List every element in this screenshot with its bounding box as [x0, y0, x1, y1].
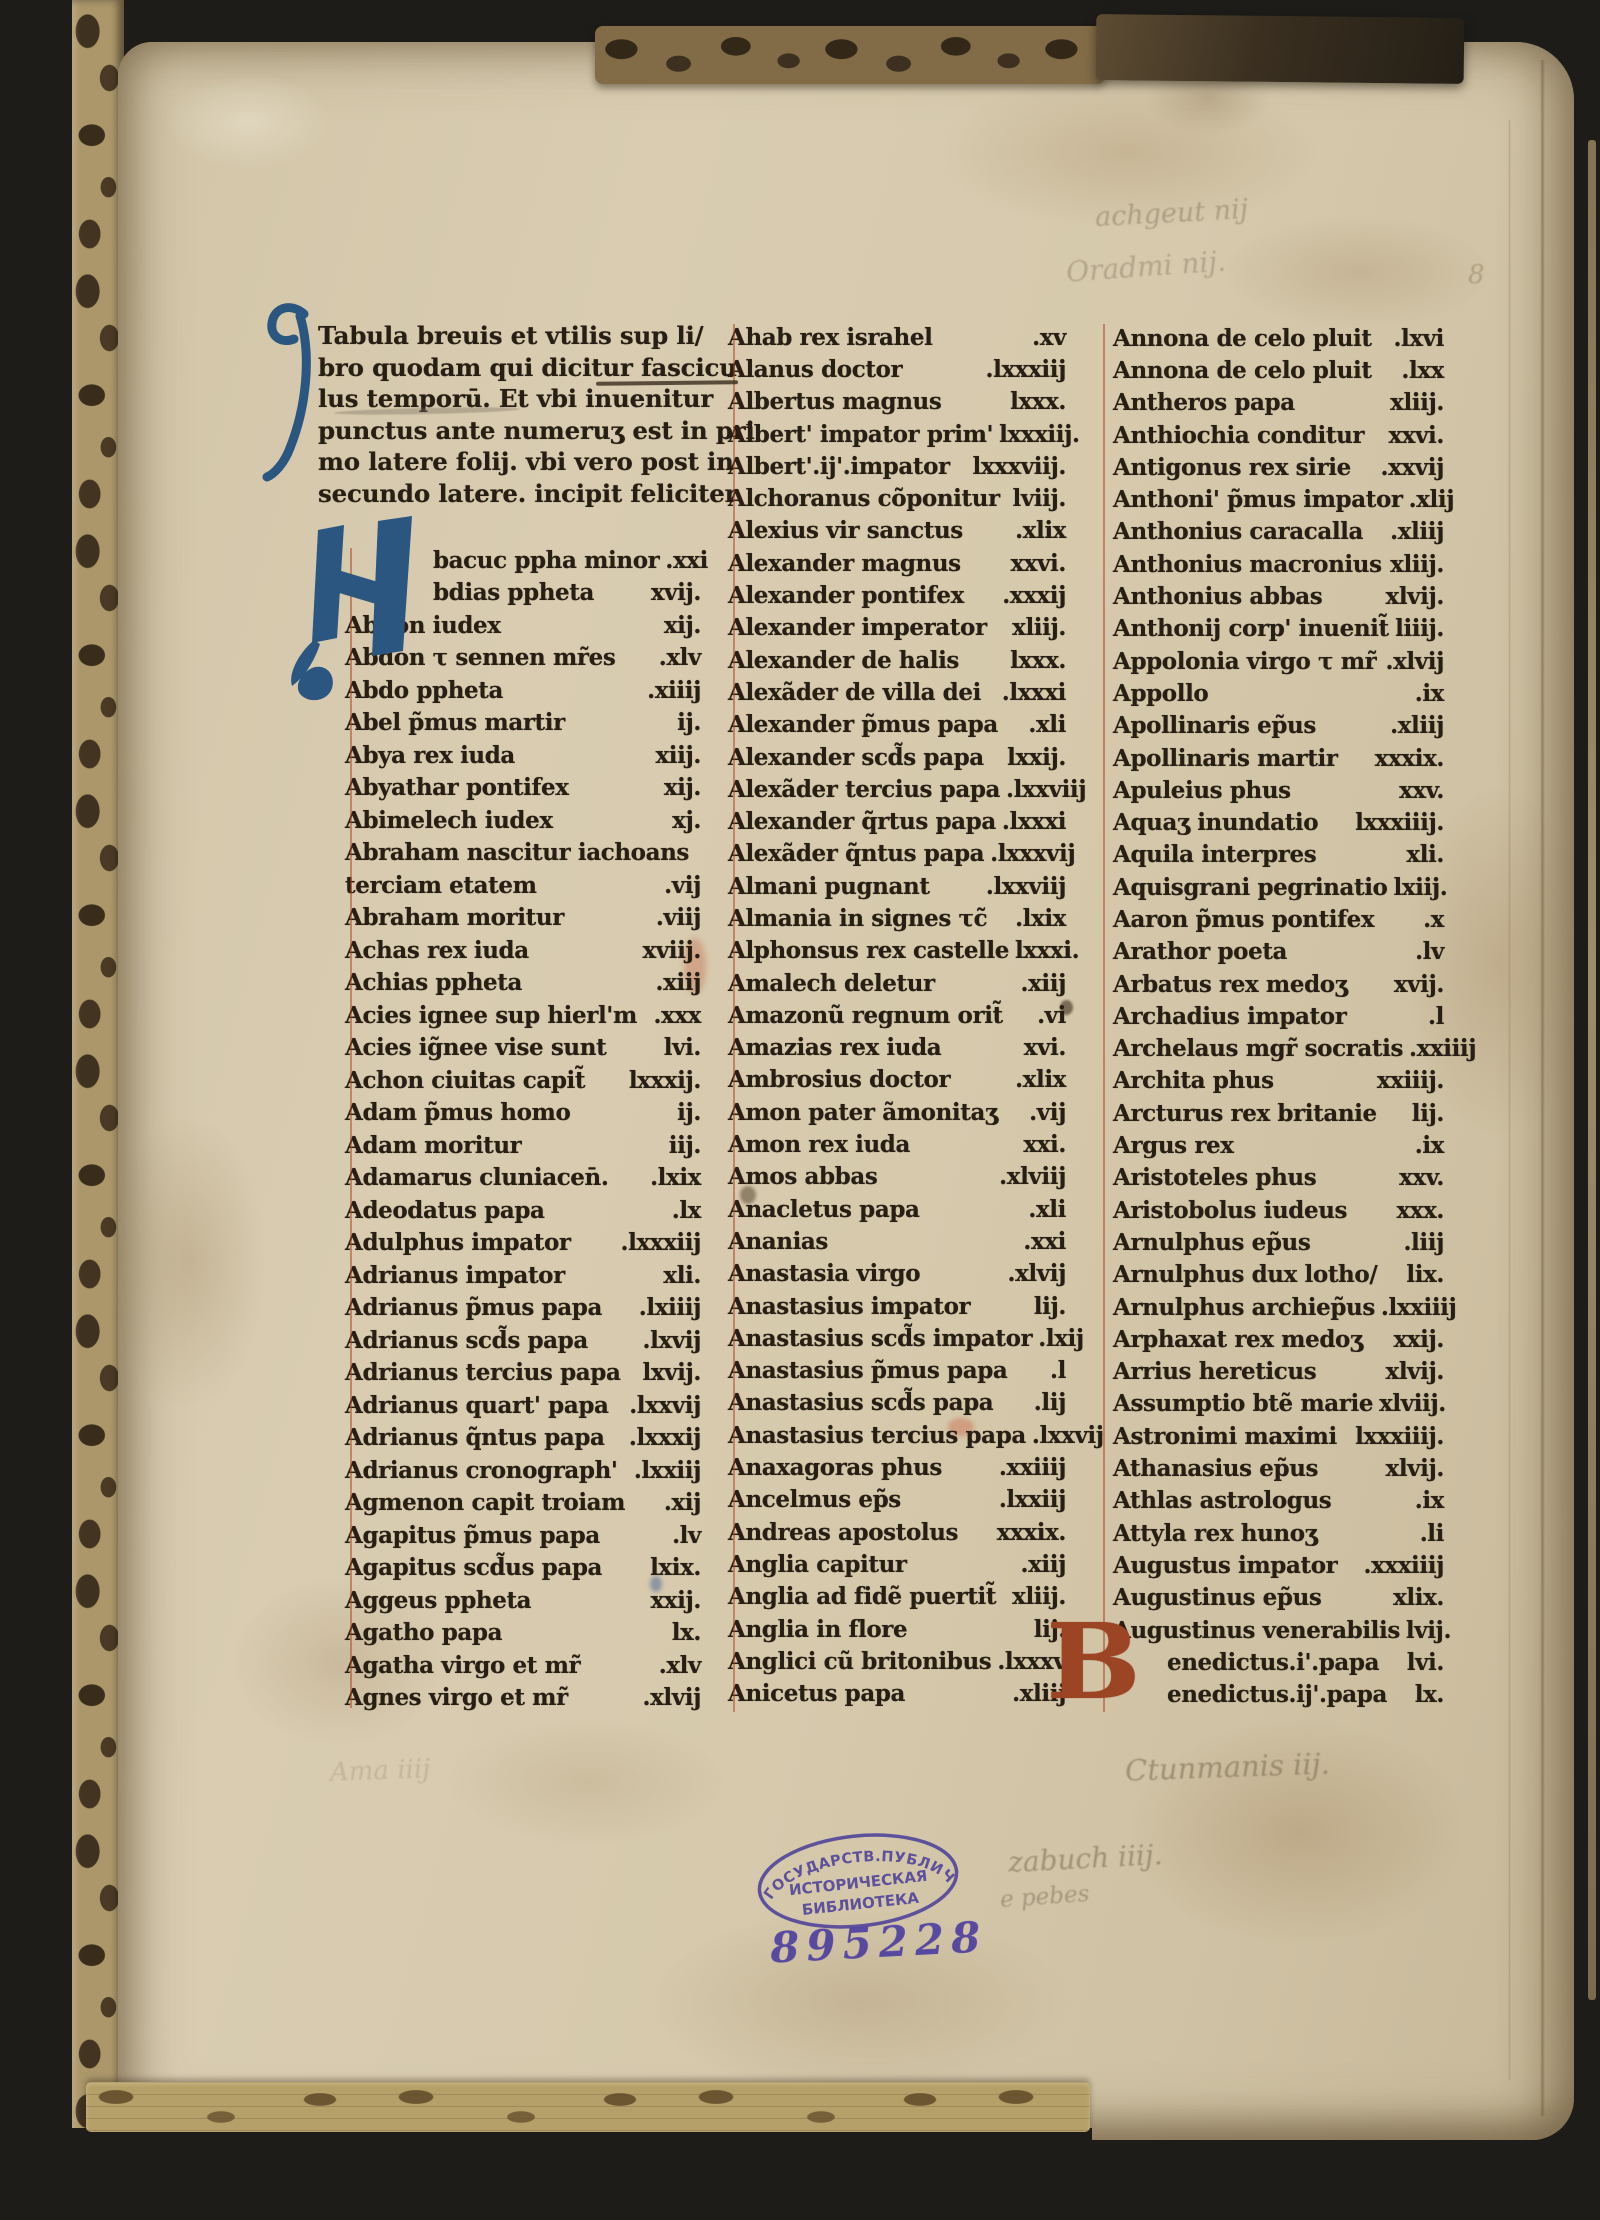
index-entry: Anthiochia conditurxxvi. [1113, 419, 1444, 451]
index-entry: Anthonius caracalla.xliij [1113, 516, 1444, 548]
entry-folio-ref: xliij. [1390, 389, 1444, 416]
entry-title: Alexander q̃rtus papa [728, 808, 996, 835]
index-entry: Alexãder q̃ntus papa.lxxxvij [728, 838, 1066, 870]
entry-title: Athlas astrologus [1113, 1487, 1331, 1514]
entry-title: Alphonsus rex castelle [728, 937, 1009, 964]
index-entry: Apollinaris martirxxxix. [1113, 742, 1444, 774]
entry-title: Appolonia virgo τ mr̃ [1113, 648, 1376, 675]
index-entry: Albertus magnuslxxx. [728, 386, 1066, 418]
index-entry: Adrianus impatorxli. [345, 1259, 701, 1292]
intro-line: bro quodam qui dicitur fascicu [318, 352, 758, 384]
entry-title: Acies ignee sup hierl'm [345, 1002, 637, 1029]
entry-folio-ref: .xxiiij [1409, 1035, 1476, 1062]
index-column-3: Annona de celo pluit.lxviAnnona de celo … [1113, 322, 1444, 1711]
index-entry: Adrianus cronograph'.lxxiij [345, 1454, 701, 1487]
entry-folio-ref: xij. [664, 774, 701, 801]
entry-title: Anastasius scd̃s papa [728, 1389, 993, 1416]
entry-folio-ref: lxxxiiij. [1355, 809, 1444, 836]
entry-folio-ref: .xxvij [1381, 454, 1444, 481]
intro-line: Tabula breuis et vtilis sup li/ [318, 320, 758, 352]
index-entry: Adam morituriij. [345, 1129, 701, 1162]
index-entry: Anastasius scd̃s papa.lij [728, 1387, 1066, 1419]
entry-folio-ref: .lxvij [643, 1327, 701, 1354]
index-entry: Almani pugnant.lxxviij [728, 870, 1066, 902]
index-entry: Aggeus pphetaxxij. [345, 1584, 701, 1617]
entry-title: Adrianus tercius papa [345, 1359, 620, 1386]
index-entry: Achon ciuitas capit̃lxxxij. [345, 1064, 701, 1097]
entry-folio-ref: lvi. [1407, 1649, 1444, 1676]
entry-title: Alexius vir sanctus [728, 517, 963, 544]
index-entry: Alexander scd̃s papalxxij. [728, 741, 1066, 773]
entry-title: Augustinus ep̃us [1113, 1584, 1321, 1611]
entry-folio-ref: lij. [1034, 1293, 1066, 1320]
entry-folio-ref: lx. [672, 1619, 701, 1646]
entry-folio-ref: .xlix [1015, 517, 1066, 544]
index-entry: Albert'.ij'.impatorlxxxviij. [728, 450, 1066, 482]
entry-folio-ref: xviij. [643, 937, 701, 964]
index-entry: Amazias rex iudaxvi. [728, 1032, 1066, 1064]
index-entry: Acies ig̃nee vise suntlvi. [345, 1032, 701, 1065]
entry-folio-ref: xliij. [1390, 551, 1444, 578]
index-entry: Annona de celo pluit.lxvi [1113, 322, 1444, 354]
entry-title: Agmenon capit troiam [345, 1489, 625, 1516]
entry-title: Albert' impator prim' [728, 421, 993, 448]
entry-folio-ref: .xxxiiij [1364, 1552, 1444, 1579]
index-entry: Amazonũ regnum orit̃.vi [728, 999, 1066, 1031]
entry-folio-ref: xli. [663, 1262, 701, 1289]
entry-title: Adrianus impator [345, 1262, 565, 1289]
entry-title: Alanus doctor [728, 356, 902, 383]
index-entry: Archelaus mgr̃ socratis.xxiiij [1113, 1033, 1444, 1065]
entry-title: Adrianus scd̃s papa [345, 1327, 588, 1354]
entry-folio-ref: ij. [677, 709, 701, 736]
entry-folio-ref: .lxix [1015, 905, 1066, 932]
printed-text-layer: Tabula breuis et vtilis sup li/ bro quod… [0, 0, 1600, 2220]
entry-folio-ref: lvij. [1406, 1617, 1451, 1644]
index-entry: Anacletus papa.xli [728, 1193, 1066, 1225]
entry-folio-ref: .vij [1029, 1099, 1066, 1126]
index-entry: Aristoteles phusxxv. [1113, 1162, 1444, 1194]
entry-title: Anacletus papa [728, 1196, 920, 1223]
entry-folio-ref: .xliij [1390, 712, 1444, 739]
index-entry: Ahab rex israhel.xv [728, 321, 1066, 353]
entry-title: Anastasius scd̃s impator [728, 1325, 1032, 1352]
index-entry: Agmenon capit troiam.xij [345, 1487, 701, 1520]
index-entry: Alexander q̃rtus papa.lxxxi [728, 805, 1066, 837]
entry-title: Apuleius phus [1113, 777, 1291, 804]
entry-folio-ref: lxix. [650, 1554, 701, 1581]
folio-number: 8 [1468, 260, 1485, 290]
entry-title: Alexãder q̃ntus papa [728, 840, 984, 867]
index-entry: Acies ignee sup hierl'm.xxx [345, 999, 701, 1032]
entry-title: Arcturus rex britanie [1113, 1100, 1377, 1127]
entry-folio-ref: xxvi. [1388, 422, 1444, 449]
entry-title: Anastasius tercius papa [728, 1422, 1026, 1449]
entry-folio-ref: .lxvi [1393, 325, 1444, 352]
entry-title: Agatho papa [345, 1619, 502, 1646]
entry-title: Arnulphus archiep̃us [1113, 1294, 1375, 1321]
entry-title: Anglia in flore [728, 1616, 907, 1643]
entry-title: Anglia capitur [728, 1551, 907, 1578]
index-entry: Antigonus rex sirie.xxvij [1113, 451, 1444, 483]
entry-folio-ref: .lxxxiij [621, 1229, 701, 1256]
entry-title: enedictus.i'.papa [1167, 1649, 1379, 1676]
intro-line: secundo latere. incipit feliciter [318, 478, 758, 510]
entry-title: Anglici cũ britonibus [728, 1648, 991, 1675]
entry-folio-ref: xlvij. [1386, 1455, 1444, 1482]
entry-folio-ref: lij. [1412, 1100, 1444, 1127]
entry-folio-ref: .lxxviij [986, 873, 1066, 900]
entry-title: Adrianus quart' papa [345, 1392, 609, 1419]
index-entry: Arbatus rex medoʒxvij. [1113, 968, 1444, 1000]
index-entry: Arnulphus ep̃us.liij [1113, 1226, 1444, 1258]
entry-folio-ref: .xli [1028, 1196, 1066, 1223]
entry-title: Anthonius macronius [1113, 551, 1382, 578]
entry-folio-ref: lviij. [1012, 485, 1066, 512]
index-entry: Athanasius ep̃usxlvij. [1113, 1452, 1444, 1484]
entry-folio-ref: .lxxvij [629, 1392, 701, 1419]
entry-folio-ref: .xlv [659, 1652, 701, 1679]
entry-title: Achon ciuitas capit̃ [345, 1067, 585, 1094]
intro-line: mo latere folij. vbi vero post in [318, 446, 758, 478]
index-entry: Alexius vir sanctus.xlix [728, 515, 1066, 547]
entry-title: Arnulphus ep̃us [1113, 1229, 1310, 1256]
handwritten-note: zabuch iiij. [1007, 1838, 1163, 1879]
entry-title: Alexander p̃mus papa [728, 711, 998, 738]
entry-title: Adam p̃mus homo [345, 1099, 570, 1126]
entry-title: Abraham moritur [345, 904, 564, 931]
index-entry: Augustinus ep̃usxlix. [1113, 1582, 1444, 1614]
entry-folio-ref: lxxxiij. [999, 421, 1079, 448]
entry-folio-ref: .xxi [1023, 1228, 1066, 1255]
index-entry: Arcturus rex britanielij. [1113, 1097, 1444, 1129]
index-entry: Annona de celo pluit.lxx [1113, 354, 1444, 386]
index-entry: Anglia in florelij. [728, 1613, 1066, 1645]
entry-folio-ref: .xliij [1390, 518, 1444, 545]
entry-folio-ref: xlix. [1393, 1584, 1444, 1611]
index-entry: Abyathar pontifexxij. [345, 772, 701, 805]
entry-title: Alexãder de villa dei [728, 679, 981, 706]
entry-title: terciam etatem [345, 872, 537, 899]
index-entry: Anglia ad fidẽ puertit̃xliij. [728, 1581, 1066, 1613]
index-entry: Alexãder de villa dei.lxxxi [728, 676, 1066, 708]
entry-title: Antigonus rex sirie [1113, 454, 1351, 481]
entry-title: Achas rex iuda [345, 937, 529, 964]
entry-title: Astronimi maximi [1113, 1423, 1337, 1450]
entry-title: Ancelmus ep̃s [728, 1486, 901, 1513]
entry-title: Anthonij corp' inuenit̃ [1113, 615, 1389, 642]
entry-title: Agnes virgo et mr̃ [345, 1684, 568, 1711]
index-entry: Ancelmus ep̃s.lxxiij [728, 1484, 1066, 1516]
entry-folio-ref: ij. [677, 1099, 701, 1126]
entry-title: Anglia ad fidẽ puertit̃ [728, 1583, 996, 1610]
lombard-initial-b-red: B [1046, 1612, 1141, 1712]
entry-folio-ref: lxiij. [1394, 874, 1448, 901]
entry-folio-ref: lxvij. [643, 1359, 701, 1386]
entry-title: Alexander magnus [728, 550, 961, 577]
index-entry: Anglici cũ britonibus.lxxxvi [728, 1645, 1066, 1677]
index-entry: Anicetus papa.xliij [728, 1677, 1066, 1709]
entry-folio-ref: xj. [672, 807, 701, 834]
entry-title: Aggeus ppheta [345, 1587, 531, 1614]
entry-folio-ref: .xlvij [1386, 648, 1444, 675]
entry-title: Antheros papa [1113, 389, 1295, 416]
entry-folio-ref: .xli [1028, 711, 1066, 738]
entry-folio-ref: .xij [664, 1489, 701, 1516]
entry-title: Andreas apostolus [728, 1519, 958, 1546]
entry-folio-ref: .lxx [1401, 357, 1444, 384]
entry-folio-ref: .lxxiij [999, 1486, 1066, 1513]
entry-folio-ref: .xiij [1020, 1551, 1066, 1578]
index-entry: Arrius hereticusxlvij. [1113, 1356, 1444, 1388]
entry-title: Alexãder tercius papa [728, 776, 1000, 803]
entry-folio-ref: .lxij [1038, 1325, 1084, 1352]
entry-title: Agapitus p̃mus papa [345, 1522, 600, 1549]
entry-folio-ref: lix. [1406, 1261, 1444, 1288]
entry-folio-ref: .lxxxiij [986, 356, 1066, 383]
entry-title: Amon pater ãmonitaʒ [728, 1099, 998, 1126]
index-entry: Assumptio btẽ mariexlviij. [1113, 1388, 1444, 1420]
entry-title: Adam moritur [345, 1132, 521, 1159]
entry-folio-ref: .lv [672, 1522, 701, 1549]
accession-number: 895228 [769, 1912, 989, 1972]
entry-title: Aristoteles phus [1113, 1164, 1316, 1191]
entry-folio-ref: .xlix [1015, 1066, 1066, 1093]
entry-title: Adamarus cluniacen̄. [345, 1164, 608, 1191]
index-entry: Abraham nascitur iachoans [345, 837, 701, 870]
entry-title: Amazias rex iuda [728, 1034, 941, 1061]
index-entry: Almania in signes τc̃.lxix [728, 902, 1066, 934]
index-entry: Adrianus q̃ntus papa.lxxxij [345, 1422, 701, 1455]
entry-title: Adrianus q̃ntus papa [345, 1424, 605, 1451]
entry-folio-ref: xxv. [1399, 1164, 1444, 1191]
index-entry: Agapitus p̃mus papa.lv [345, 1519, 701, 1552]
index-entry: Apuleius phusxxv. [1113, 774, 1444, 806]
entry-folio-ref: lxxxiiij. [1355, 1423, 1444, 1450]
handwritten-note: e pebes [999, 1881, 1090, 1913]
entry-title: Aaron p̃mus pontifex [1113, 906, 1374, 933]
index-column-1: bacuc ppha minor.xxibdias pphetaxvij.Abd… [345, 544, 701, 1714]
index-entry: Alphonsus rex castellelxxxi. [728, 935, 1066, 967]
handwritten-note: Ctunmanis iij. [1124, 1746, 1330, 1787]
index-entry: Anthonius macroniusxliij. [1113, 548, 1444, 580]
rubric-line [1103, 324, 1105, 1712]
entry-folio-ref: .li [1420, 1520, 1444, 1547]
entry-title: Aquila interpres [1113, 841, 1316, 868]
entry-folio-ref: .lxix [650, 1164, 701, 1191]
entry-title: Attyla rex hunoʒ [1113, 1520, 1317, 1547]
index-entry: Augustus impator.xxxiiij [1113, 1549, 1444, 1581]
handwritten-note: Oradmi nij. [1065, 244, 1227, 288]
entry-folio-ref: xxv. [1399, 777, 1444, 804]
entry-title: Almani pugnant [728, 873, 930, 900]
index-entry: Archadius impator.l [1113, 1000, 1444, 1032]
entry-title: Ahab rex israhel [728, 324, 932, 351]
entry-title: Anthonius caracalla [1113, 518, 1363, 545]
entry-folio-ref: .xlviij [999, 1163, 1066, 1190]
entry-folio-ref: .lxxvij [1032, 1422, 1104, 1449]
entry-folio-ref: .l [1428, 1003, 1444, 1030]
index-entry: Apollinaris ep̃us.xliij [1113, 710, 1444, 742]
entry-title: Anicetus papa [728, 1680, 905, 1707]
index-entry: Anthoni' p̃mus impator.xlij [1113, 483, 1444, 515]
entry-folio-ref: xiij. [655, 742, 701, 769]
index-entry: Alexander pontifex.xxxij [728, 579, 1066, 611]
entry-folio-ref: xxvi. [1010, 550, 1066, 577]
entry-title: Abraham nascitur iachoans [345, 839, 689, 866]
entry-title: Achias ppheta [345, 969, 522, 996]
entry-folio-ref: lxxxij. [629, 1067, 701, 1094]
entry-title: Alchoranus cõponitur [728, 485, 1000, 512]
entry-title: Amazonũ regnum orit̃ [728, 1002, 1003, 1029]
entry-folio-ref: .x [1423, 906, 1444, 933]
index-entry: Arnulphus archiep̃us.lxxiiij [1113, 1291, 1444, 1323]
entry-folio-ref: xvij. [651, 579, 701, 606]
entry-folio-ref: .viij [656, 904, 701, 931]
entry-folio-ref: .lx [672, 1197, 701, 1224]
entry-folio-ref: xvij. [1394, 971, 1444, 998]
entry-folio-ref: .lxxiij [634, 1457, 701, 1484]
entry-title: Ambrosius doctor [728, 1066, 950, 1093]
entry-folio-ref: .lxxiiij [1381, 1294, 1457, 1321]
entry-title: Aquaʒ inundatio [1113, 809, 1318, 836]
index-entry: Alexander de halislxxx. [728, 644, 1066, 676]
handwritten-note: achgeut nij [1094, 194, 1249, 233]
index-entry: Agatha virgo et mr̃.xlv [345, 1649, 701, 1682]
entry-title: Appollo [1113, 680, 1208, 707]
entry-folio-ref: xli. [1406, 841, 1444, 868]
entry-title: Alexander scd̃s papa [728, 744, 984, 771]
index-entry: Athlas astrologus.ix [1113, 1485, 1444, 1517]
entry-title: Adrianus p̃mus papa [345, 1294, 602, 1321]
entry-title: enedictus.ij'.papa [1167, 1681, 1387, 1708]
blue-paragraph-mark [258, 298, 328, 498]
index-entry: Anthonius abbasxlvij. [1113, 580, 1444, 612]
entry-title: Arrius hereticus [1113, 1358, 1316, 1385]
entry-title: Ananias [728, 1228, 828, 1255]
index-entry: Archita phusxxiiij. [1113, 1065, 1444, 1097]
index-entry: Abya rex iudaxiij. [345, 739, 701, 772]
index-entry: Arathor poeta.lv [1113, 936, 1444, 968]
entry-folio-ref: .xxiiij [999, 1454, 1066, 1481]
index-column-2: Ahab rex israhel.xvAlanus doctor.lxxxiij… [728, 321, 1066, 1710]
entry-folio-ref: iij. [669, 1132, 701, 1159]
entry-title: Anthoni' p̃mus impator [1113, 486, 1403, 513]
entry-folio-ref: .xxx [653, 1002, 701, 1029]
entry-folio-ref: xxij. [1394, 1326, 1445, 1353]
index-entry: Alexãder tercius papa.lxxviij [728, 773, 1066, 805]
index-entry: Aquisgrani pegrinatiolxiij. [1113, 871, 1444, 903]
index-entry: enedictus.i'.papalvi. [1113, 1646, 1444, 1678]
entry-title: Abyathar pontifex [345, 774, 569, 801]
entry-folio-ref: xliij. [1012, 614, 1066, 641]
index-entry: Anastasius p̃mus papa.l [728, 1355, 1066, 1387]
entry-folio-ref: .xv [1032, 324, 1066, 351]
entry-title: Agatha virgo et mr̃ [345, 1652, 580, 1679]
entry-folio-ref: lxxij. [1007, 744, 1066, 771]
entry-folio-ref: xxij. [651, 1587, 702, 1614]
entry-title: Archelaus mgr̃ socratis [1113, 1035, 1403, 1062]
entry-title: Abya rex iuda [345, 742, 515, 769]
entry-title: bdias ppheta [433, 579, 594, 606]
index-entry: Anaxagoras phus.xxiiij [728, 1451, 1066, 1483]
handwritten-note: Ama iiij [330, 1754, 431, 1787]
entry-title: Albert'.ij'.impator [728, 453, 950, 480]
rubric-line [733, 324, 735, 1712]
entry-folio-ref: .ix [1415, 1132, 1444, 1159]
entry-title: Arathor poeta [1113, 938, 1287, 965]
index-entry: Anglia capitur.xiij [728, 1548, 1066, 1580]
entry-folio-ref: .lxiiij [639, 1294, 701, 1321]
entry-folio-ref: .lij [1034, 1389, 1066, 1416]
index-entry: Amalech deletur.xiij [728, 967, 1066, 999]
entry-title: Archadius impator [1113, 1003, 1346, 1030]
index-entry: Abraham moritur.viij [345, 902, 701, 935]
entry-folio-ref: .lxxxvij [990, 840, 1075, 867]
lombard-initial-a-blue [288, 516, 448, 716]
index-entry: Argus rex.ix [1113, 1129, 1444, 1161]
entry-folio-ref: .l [1050, 1357, 1066, 1384]
entry-folio-ref: .xlvij [643, 1684, 701, 1711]
index-entry: Arphaxat rex medoʒxxij. [1113, 1323, 1444, 1355]
entry-folio-ref: .xiiij [647, 677, 701, 704]
entry-title: Amalech deletur [728, 970, 935, 997]
entry-folio-ref: .lv [1415, 938, 1444, 965]
index-entry: Aquaʒ inundatiolxxxiiij. [1113, 806, 1444, 838]
entry-title: Arbatus rex medoʒ [1113, 971, 1347, 998]
entry-title: Aristobolus iudeus [1113, 1197, 1347, 1224]
index-entry: Adrianus tercius papalxvij. [345, 1357, 701, 1390]
entry-title: Adrianus cronograph' [345, 1457, 618, 1484]
index-entry: Adam p̃mus homoij. [345, 1097, 701, 1130]
index-entry: Adrianus scd̃s papa.lxvij [345, 1324, 701, 1357]
entry-title: Aquisgrani pegrinatio [1113, 874, 1388, 901]
entry-title: Augustinus venerabilis [1113, 1617, 1400, 1644]
index-entry: Aristobolus iudeusxxx. [1113, 1194, 1444, 1226]
entry-folio-ref: .xiij [1020, 970, 1066, 997]
entry-folio-ref: lxxxi. [1015, 937, 1079, 964]
index-entry: Appollo.ix [1113, 677, 1444, 709]
index-entry: Agatho papalx. [345, 1617, 701, 1650]
entry-title: Athanasius ep̃us [1113, 1455, 1318, 1482]
index-entry: Anastasius impatorlij. [728, 1290, 1066, 1322]
entry-folio-ref: xlviij. [1379, 1390, 1446, 1417]
entry-title: Annona de celo pluit [1113, 357, 1372, 384]
entry-folio-ref: .ix [1415, 680, 1444, 707]
index-entry: Ambrosius doctor.xlix [728, 1064, 1066, 1096]
entry-title: Arphaxat rex medoʒ [1113, 1326, 1363, 1353]
intro-line: punctus ante numeruʒ est in pri [318, 415, 758, 447]
index-entry: Adulphus impator.lxxxiij [345, 1227, 701, 1260]
index-entry: Adamarus cluniacen̄..lxix [345, 1162, 701, 1195]
index-entry: Alchoranus cõponiturlviij. [728, 482, 1066, 514]
entry-title: Amos abbas [728, 1163, 877, 1190]
index-entry: Achas rex iudaxviij. [345, 934, 701, 967]
entry-title: Almania in signes τc̃ [728, 905, 987, 932]
entry-title: Amon rex iuda [728, 1131, 910, 1158]
entry-title: Annona de celo pluit [1113, 325, 1372, 352]
index-entry: Adrianus quart' papa.lxxvij [345, 1389, 701, 1422]
entry-title: Anthiochia conditur [1113, 422, 1364, 449]
index-entry: Antheros papaxliij. [1113, 387, 1444, 419]
rubric-line [350, 548, 352, 1708]
index-entry: Adrianus p̃mus papa.lxiiij [345, 1292, 701, 1325]
scanned-book-page: Tabula breuis et vtilis sup li/ bro quod… [0, 0, 1600, 2220]
entry-folio-ref: xxx. [1396, 1197, 1444, 1224]
index-entry: terciam etatem.vij [345, 869, 701, 902]
index-entry: Anastasius tercius papa.lxxvij [728, 1419, 1066, 1451]
index-entry: Alexander imperatorxliij. [728, 612, 1066, 644]
